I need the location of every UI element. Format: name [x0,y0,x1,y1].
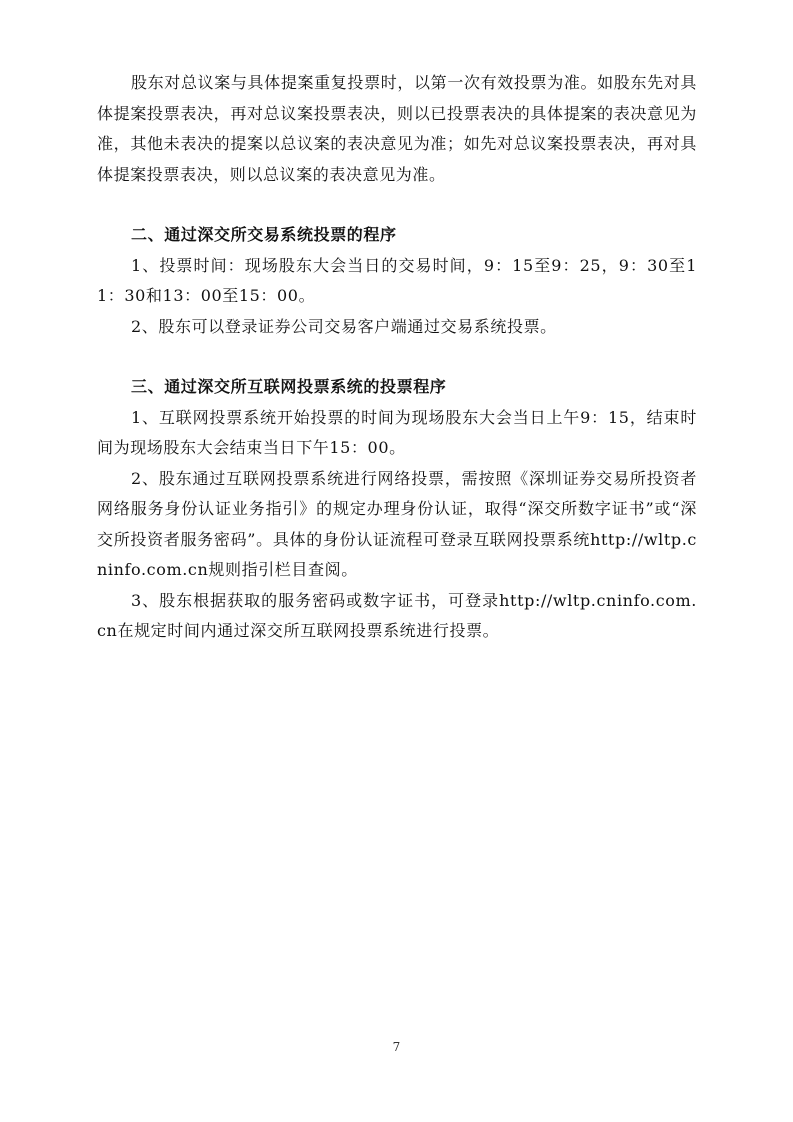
section-heading: 二、通过深交所交易系统投票的程序 [97,220,697,251]
section-internet-voting: 三、通过深交所互联网投票系统的投票程序 1、互联网投票系统开始投票的时间为现场股… [97,372,697,647]
page-number: 7 [0,1040,793,1054]
paragraph: 3、股东根据获取的服务密码或数字证书，可登录http://wltp.cninfo… [97,586,697,647]
section-spacer [97,190,697,220]
document-page: 股东对总议案与具体提案重复投票时，以第一次有效投票为准。如股东先对具体提案投票表… [97,68,697,647]
section-trading-system: 二、通过深交所交易系统投票的程序 1、投票时间：现场股东大会当日的交易时间，9：… [97,220,697,342]
paragraph: 1、投票时间：现场股东大会当日的交易时间，9：15至9：25，9：30至11：3… [97,251,697,312]
intro-paragraph: 股东对总议案与具体提案重复投票时，以第一次有效投票为准。如股东先对具体提案投票表… [97,68,697,190]
section-heading: 三、通过深交所互联网投票系统的投票程序 [97,372,697,403]
section-spacer [97,342,697,372]
paragraph: 2、股东通过互联网投票系统进行网络投票，需按照《深圳证券交易所投资者网络服务身份… [97,464,697,586]
paragraph: 1、互联网投票系统开始投票的时间为现场股东大会当日上午9：15，结束时间为现场股… [97,403,697,464]
paragraph: 2、股东可以登录证券公司交易客户端通过交易系统投票。 [97,312,697,343]
